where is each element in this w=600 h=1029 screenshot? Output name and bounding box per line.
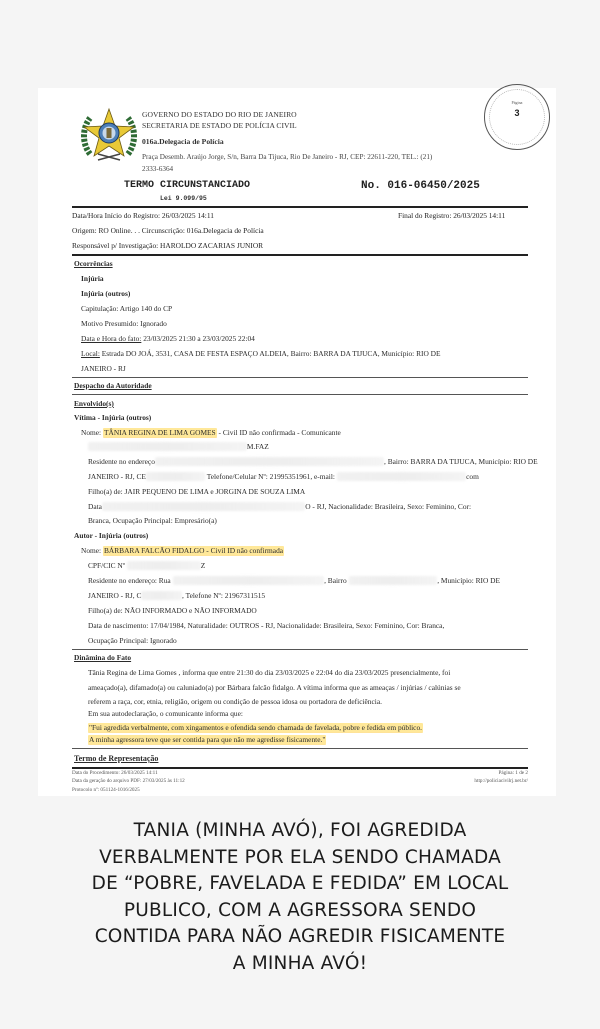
vitima-ocupacao: Branca, Ocupação Principal: Empresário(a… xyxy=(88,515,217,526)
footer-geracao: Data da geração do arquivo PDF: 27/03/20… xyxy=(72,777,185,785)
autor-contato: JANEIRO - RJ, Cxxxxxxxxxxx, Telefone Nº:… xyxy=(88,590,265,601)
quote-line-2: A minha agressora teve que ser contida p… xyxy=(88,735,326,744)
ocorrencia-data: Data e Hora do fato: 23/03/2025 21:30 a … xyxy=(81,333,255,344)
redacted-block: xxxxxxxxxxxxxxxxxxxxxxxxxxxxxxxxxxx xyxy=(337,472,466,481)
dinamica-p3: referem a raça, cor, etnia, religião, or… xyxy=(88,696,382,707)
story-caption: TANIA (MINHA AVÓ), FOI AGREDIDA VERBALME… xyxy=(0,818,600,977)
vitima-filiacao: Filho(a) de: JAIR PEQUENO DE LIMA e JORG… xyxy=(88,486,305,497)
section-ocorrencias: Ocorrências xyxy=(74,258,113,269)
registro-inicio: Data/Hora Início do Registro: 26/03/2025… xyxy=(72,211,214,220)
vitima-role: Vítima - Injúria (outros) xyxy=(74,412,151,423)
dinamica-quote-2: A minha agressora teve que ser contida p… xyxy=(88,734,326,745)
autor-role: Autor - Injúria (outros) xyxy=(74,530,148,541)
vitima-telefone: Telefone/Celular Nº: 21995351961, e-mail… xyxy=(207,472,335,481)
redacted-block: xxxxxxxxxxx xyxy=(141,591,182,600)
delegacia-name: 016a.Delegacia de Polícia xyxy=(142,137,297,148)
autor-cpf: CPF/CIC Nº xxxxxxxxxxxxxxxxxxxxZ xyxy=(88,560,205,571)
divider xyxy=(72,394,528,395)
footer-protocolo: Protocolo nº: 051124-1016/2025 xyxy=(72,786,185,794)
section-envolvidos: Envolvido(s) xyxy=(74,398,114,409)
redacted-block: xxxxxxxxxxxxxxxxxxxx xyxy=(127,561,201,570)
redacted-block: xxxxxxxxxxxxxxxxxxxxxxxxxxxxxxxxxxxxxxxx… xyxy=(173,576,325,585)
dinamica-quote-1: "Fui agredida verbalmente, com xingament… xyxy=(88,722,423,733)
endereco-line2: JANEIRO - RJ, C xyxy=(88,591,141,600)
vitima-contato: JANEIRO - RJ, CExxxxxxxxxxxxxxxx Telefon… xyxy=(88,471,479,482)
endereco-suffix: , Bairro: BARRA DA TIJUCA, Município: RI… xyxy=(384,457,538,466)
data-value: 23/03/2025 21:30 a 23/03/2025 22:04 xyxy=(141,334,255,343)
footer-procedimento: Data do Procedimento: 26/03/2025 14:11 xyxy=(72,769,185,777)
vitima-nome: TÂNIA REGINA DE LIMA GOMES xyxy=(103,428,217,437)
address-line-2: 2333-6364 xyxy=(142,164,512,176)
divider xyxy=(72,206,528,208)
vitima-nascimento: Dataxxxxxxxxxxxxxxxxxxxxxxxxxxxxxxxxxxxx… xyxy=(88,501,471,512)
caption-line: VERBALMENTE POR ELA SENDO CHAMADA xyxy=(0,845,600,872)
cpf-label: CPF/CIC Nº xyxy=(88,561,125,570)
registro-origem: Origem: RO Online. . . Circunscrição: 01… xyxy=(72,226,264,235)
local-value: Estrada DO JOÁ, 3531, CASA DE FESTA ESPA… xyxy=(100,349,441,358)
police-star-emblem-icon xyxy=(80,106,138,166)
footer-pagina: Página: 1 de 2 xyxy=(458,769,528,777)
nascimento-suffix: O - RJ, Nacionalidade: Brasileira, Sexo:… xyxy=(305,502,471,511)
stamp-page-number: 3 xyxy=(485,108,549,118)
redacted-tail: M.FAZ xyxy=(247,442,269,451)
delegacia-address: Praça Desemb. Araújo Jorge, S/n, Barra D… xyxy=(142,152,512,175)
ocorrencia-motivo: Motivo Presumido: Ignorado xyxy=(81,318,167,329)
nome-label: Nome: xyxy=(81,428,103,437)
data-label: Data e Hora do fato: xyxy=(81,334,141,343)
caption-line: CONTIDA PARA NÃO AGREDIR FISICAMENTE xyxy=(0,924,600,951)
page-stamp: Página 3 xyxy=(484,84,550,150)
divider xyxy=(72,649,528,650)
redacted-block: xxxxxxxxxxxxxxxx xyxy=(146,472,205,481)
autor-nome-row: Nome: BÁRBARA FALCÃO FIDALGO - Civil ID … xyxy=(81,545,284,556)
redacted-block: xxxxxxxxxxxxxxxxxxxxxxxxxxxxxxxxxxxxxxxx… xyxy=(88,442,247,451)
document-title: TERMO CIRCUNSTANCIADO xyxy=(124,180,250,191)
divider xyxy=(72,254,528,256)
autor-ocupacao: Ocupação Principal: Ignorado xyxy=(88,635,177,646)
endereco-suffix: , Município: RIO DE xyxy=(437,576,500,585)
endereco-line2: JANEIRO - RJ, CE xyxy=(88,472,146,481)
registro-responsavel: Responsável p/ Investigação: HAROLDO ZAC… xyxy=(72,241,263,250)
address-line-1: Praça Desemb. Araújo Jorge, S/n, Barra D… xyxy=(142,152,512,164)
ocorrencia-local-cont: JANEIRO - RJ xyxy=(81,363,126,374)
header-block: GOVERNO DO ESTADO DO RIO DE JANEIRO SECR… xyxy=(142,110,297,148)
section-despacho: Despacho da Autoridade xyxy=(74,380,152,391)
ocorrencia-capitulacao: Capitulação: Artigo 140 do CP xyxy=(81,303,172,314)
document-footer-left: Data do Procedimento: 26/03/2025 14:11 D… xyxy=(72,757,185,794)
caption-line: PUBLICO, COM A AGRESSORA SENDO xyxy=(0,898,600,925)
local-label: Local: xyxy=(81,349,100,358)
autor-telefone: , Telefone Nº: 21967311515 xyxy=(182,591,265,600)
nome-label: Nome: xyxy=(81,546,103,555)
dinamica-p1: Tânia Regina de Lima Gomes , informa que… xyxy=(88,667,450,678)
dinamica-p4: Em sua autodeclaração, o comunicante inf… xyxy=(88,708,243,719)
secretaria-line: SECRETARIA DE ESTADO DE POLÍCIA CIVIL xyxy=(142,121,297,132)
redacted-block: xxxxxxxxxxxxxxxxxxxxxxxxxxxxxxxxxxxxxxxx… xyxy=(155,457,384,466)
gov-line: GOVERNO DO ESTADO DO RIO DE JANEIRO xyxy=(142,110,297,121)
endereco-prefix: Residente no endereço: Rua xyxy=(88,576,171,585)
redacted-block: xxxxxxxxxxxxxxxxxxxxxxxxxxxxxxxxxxxxxxxx… xyxy=(102,502,305,511)
vitima-redacted-line: xxxxxxxxxxxxxxxxxxxxxxxxxxxxxxxxxxxxxxxx… xyxy=(88,441,269,452)
autor-nome: BÁRBARA FALCÃO FIDALGO - Civil ID não co… xyxy=(103,546,284,555)
endereco-bairro: , Bairro xyxy=(324,576,347,585)
autor-filiacao: Filho(a) de: NÃO INFORMADO e NÃO INFORMA… xyxy=(88,605,257,616)
section-dinamica: Dinâmina do Fato xyxy=(74,652,131,663)
vitima-id-status: - Civil ID não confirmada - Comunicante xyxy=(217,428,341,437)
stamp-label: Página xyxy=(485,100,549,105)
autor-endereco: Residente no endereço: Rua xxxxxxxxxxxxx… xyxy=(88,575,500,586)
caption-line: A MINHA AVÓ! xyxy=(0,951,600,978)
autor-nascimento: Data de nascimento: 17/04/1984, Naturali… xyxy=(88,620,444,631)
document-number: No. 016-06450/2025 xyxy=(361,180,480,192)
document-footer-right: Página: 1 de 2 http://policiacivilrj.net… xyxy=(458,769,528,786)
nascimento-prefix: Data xyxy=(88,502,102,511)
divider xyxy=(72,377,528,378)
ocorrencia-subtipo: Injúria (outros) xyxy=(81,288,130,299)
redacted-block: xxxxxxxxxxxxxxxxxxxxxxxx xyxy=(349,576,438,585)
endereco-prefix: Residente no endereço xyxy=(88,457,155,466)
divider xyxy=(72,748,528,749)
law-reference: Lei 9.099/95 xyxy=(160,195,207,202)
vitima-nome-row: Nome: TÂNIA REGINA DE LIMA GOMES - Civil… xyxy=(81,427,341,438)
cpf-tail: Z xyxy=(201,561,206,570)
ocorrencia-tipo: Injúria xyxy=(81,273,104,284)
quote-line-1: "Fui agredida verbalmente, com xingament… xyxy=(88,723,423,732)
footer-url[interactable]: http://policiacivilrj.net.br/ xyxy=(458,777,528,785)
email-tail: com xyxy=(466,472,479,481)
vitima-endereco: Residente no endereçoxxxxxxxxxxxxxxxxxxx… xyxy=(88,456,538,467)
ocorrencia-local: Local: Estrada DO JOÁ, 3531, CASA DE FES… xyxy=(81,348,441,359)
registro-final: Final do Registro: 26/03/2025 14:11 xyxy=(398,211,505,220)
caption-line: TANIA (MINHA AVÓ), FOI AGREDIDA xyxy=(0,818,600,845)
caption-line: DE “POBRE, FAVELADA E FEDIDA” EM LOCAL xyxy=(0,871,600,898)
dinamica-p2: ameaçado(a), difamado(a) ou caluniado(a)… xyxy=(88,682,461,693)
